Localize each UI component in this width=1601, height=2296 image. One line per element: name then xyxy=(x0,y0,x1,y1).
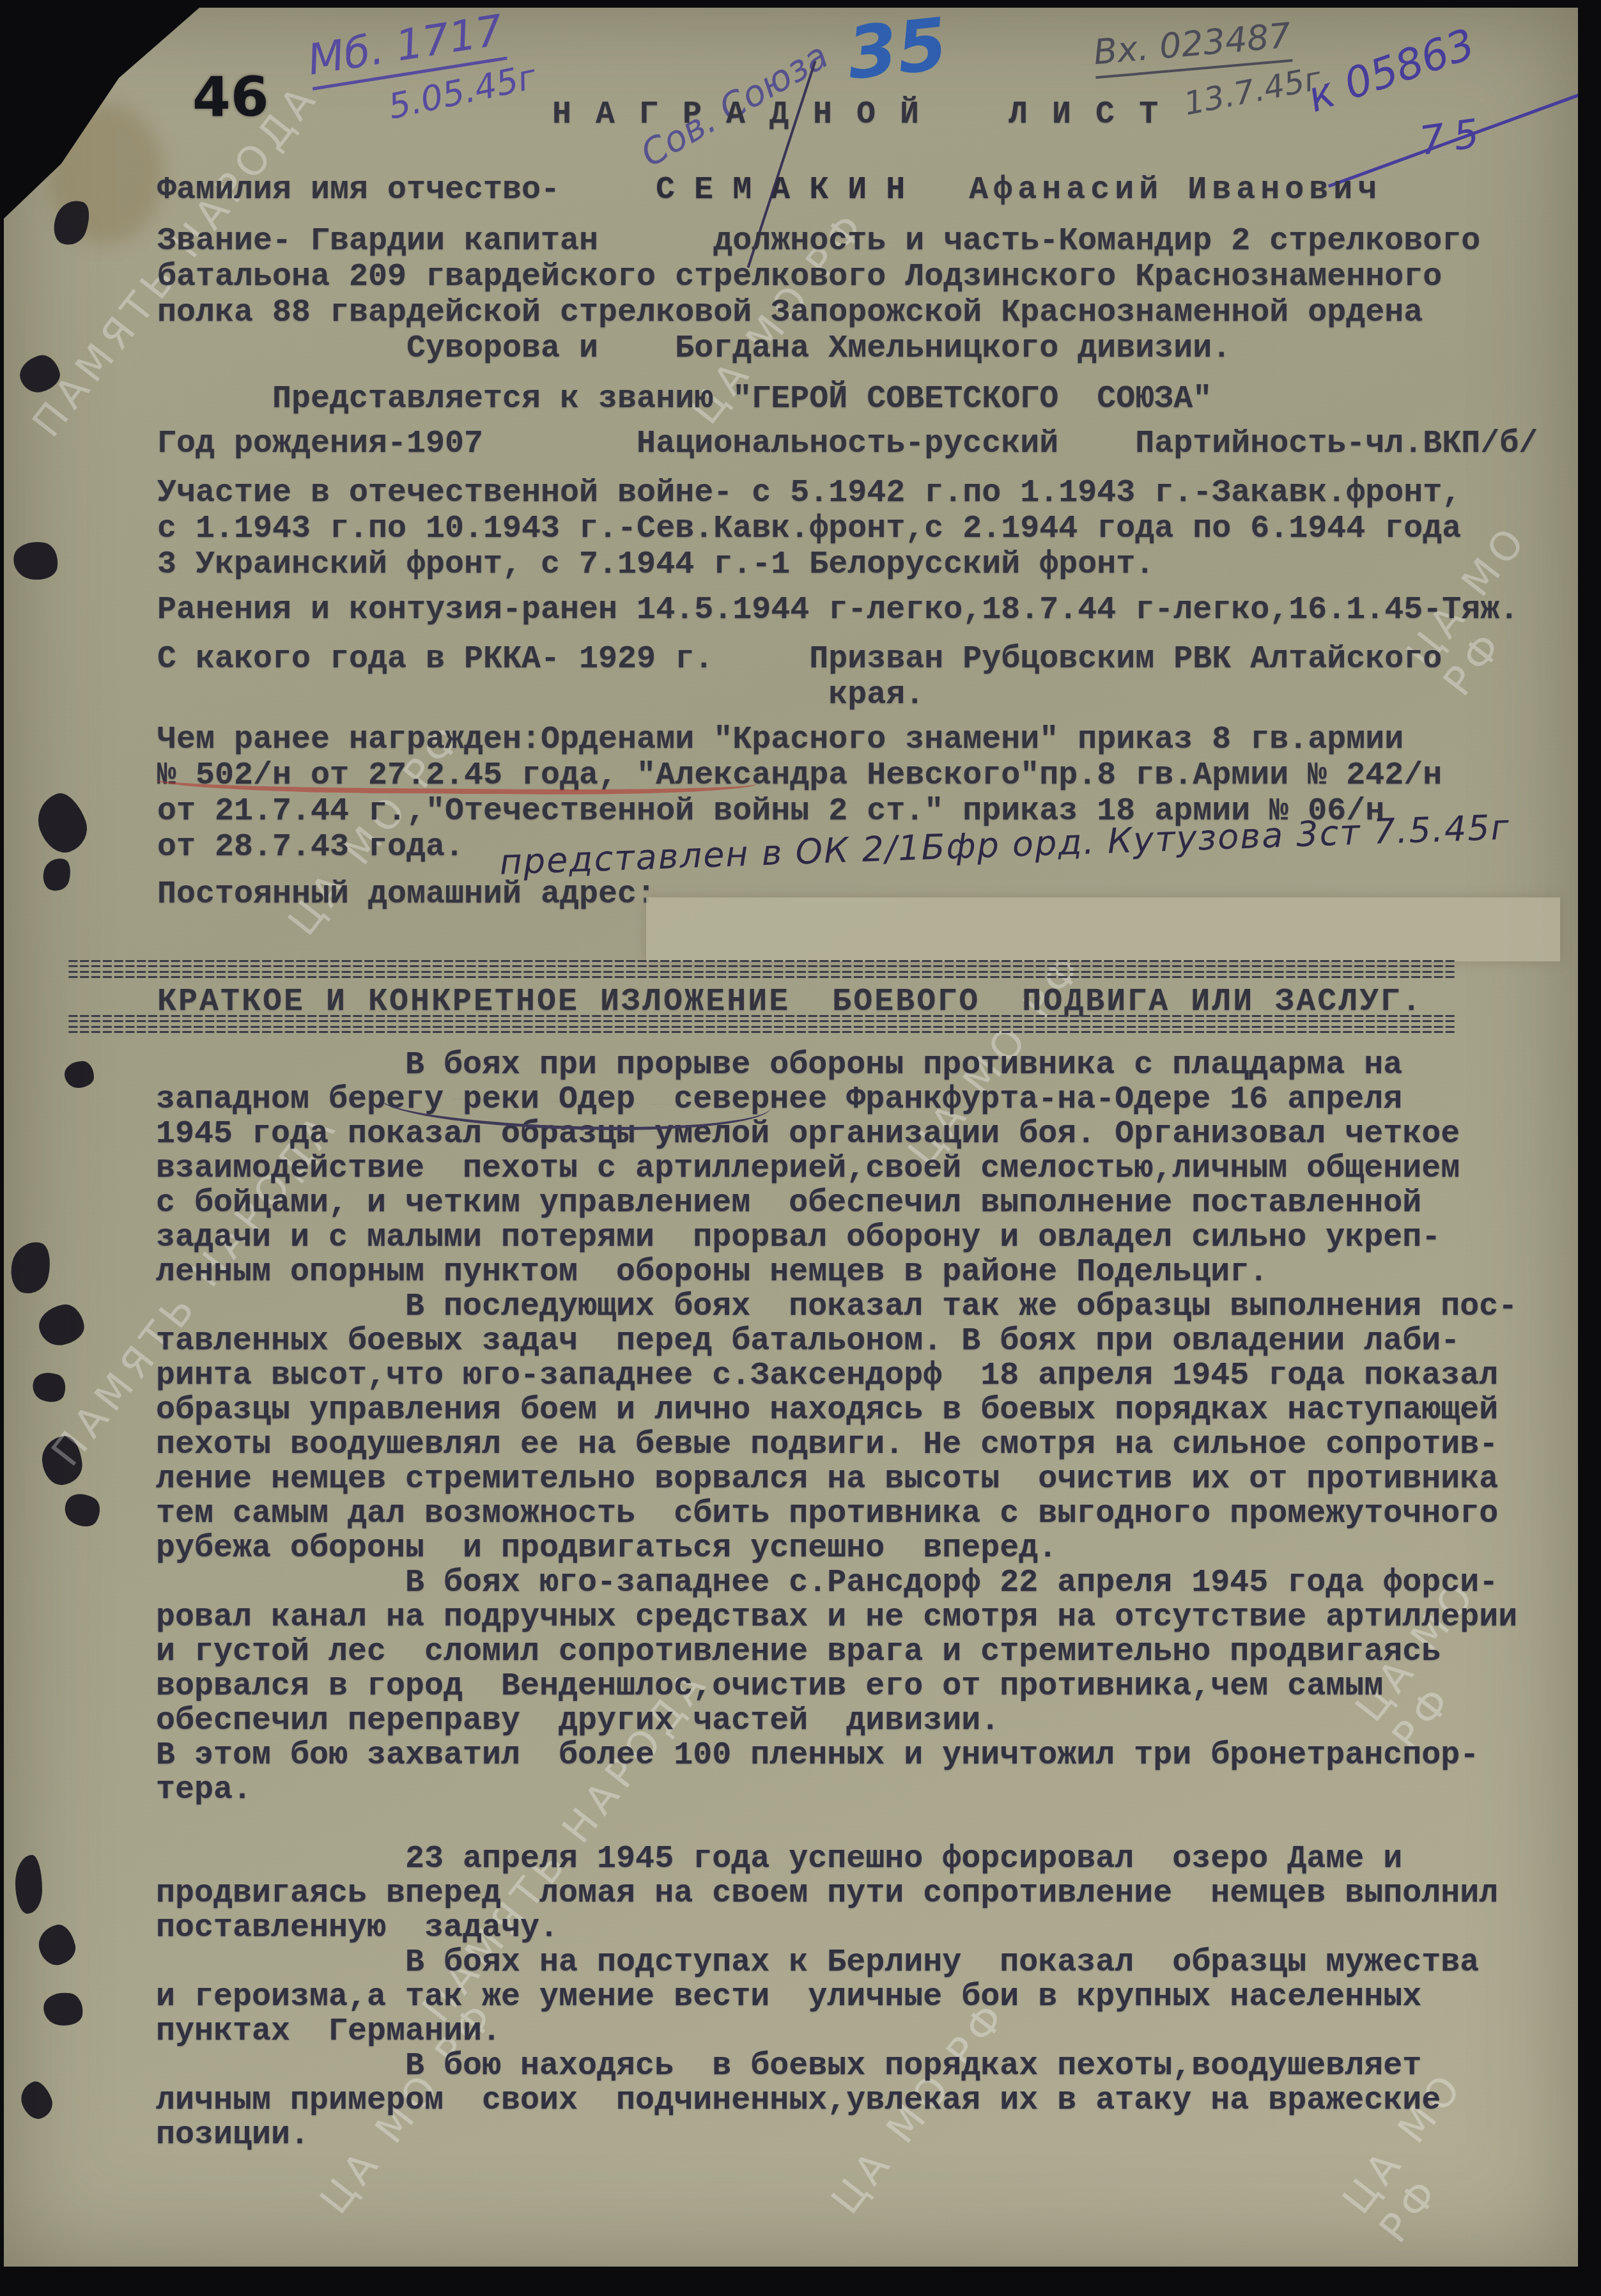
ink-blot xyxy=(10,538,61,583)
citation-body: В боях при прорыве обороны противника с … xyxy=(156,1048,1517,2153)
text-line: образцы управления боем и лично находясь… xyxy=(156,1393,1517,1428)
text-line: западном берегу реки Одер севернее Франк… xyxy=(156,1083,1517,1117)
text-line: и густой лес сломил сопротивление врага … xyxy=(156,1635,1517,1670)
text-line: ринта высот,что юго-западнее с.Заксендор… xyxy=(156,1359,1517,1393)
text-line: полка 88 гвардейской стрелковой Запорожс… xyxy=(157,295,1480,331)
field-name-row: Фамилия имя отчество-С Е М А К И НАфанас… xyxy=(157,173,1382,208)
citation-paragraph: В бою находясь в боевых порядках пехоты,… xyxy=(156,2049,1517,2153)
ink-blot xyxy=(16,2078,56,2123)
citation-paragraph: В боях при прорыве обороны противника с … xyxy=(156,1048,1517,1290)
ink-blot xyxy=(15,1855,42,1914)
text-line: В этом бою захватил более 100 пленных и … xyxy=(156,1739,1517,1773)
text-line: тем самым дал возможность сбить противни… xyxy=(156,1497,1517,1532)
field-rank-unit: Звание- Гвардии капитан должность и част… xyxy=(157,224,1480,367)
text-line: с бойцами, и четким управлением обеспечи… xyxy=(156,1186,1517,1221)
ink-blot xyxy=(59,1487,105,1532)
field-name-label: Фамилия имя отчество- xyxy=(157,172,560,208)
text-line: пунктах Германии. xyxy=(156,2015,1517,2049)
text-line: Участие в отечественной войне- с 5.1942 … xyxy=(157,476,1461,511)
ink-blot xyxy=(30,787,93,858)
ink-blot xyxy=(36,1301,87,1348)
handwritten-k-number: к 05863 xyxy=(1301,19,1481,122)
section-separator-top: ========================================… xyxy=(68,960,1563,982)
text-line: ление немцев стремительно ворвался на вы… xyxy=(156,1462,1517,1497)
separator-row: ========================================… xyxy=(68,971,1563,982)
redacted-address-area xyxy=(646,897,1560,961)
citation-paragraph: 23 апреля 1945 года успешно форсировал о… xyxy=(156,1842,1517,1946)
text-line: В боях при прорыве обороны противника с … xyxy=(156,1048,1517,1083)
text-line: В последующих боях показал так же образц… xyxy=(156,1290,1517,1324)
field-home-address-label: Постоянный домашний адрес: xyxy=(157,877,656,913)
text-line: 3 Украинский фронт, с 7.1944 г.-1 Белору… xyxy=(157,547,1461,583)
separator-row: ========================================… xyxy=(68,1026,1563,1037)
field-nominated-for: Представляется к званию "ГЕРОЙ СОВЕТСКОГ… xyxy=(157,382,1212,417)
text-line: обеспечил переправу других частей дивизи… xyxy=(156,1704,1517,1739)
text-line: рубежа обороны и продвигаться успешно вп… xyxy=(156,1532,1517,1566)
citation-paragraph: В боях на подступах к Берлину показал об… xyxy=(156,1946,1517,2049)
citation-paragraph: В этом бою захватил более 100 пленных и … xyxy=(156,1739,1517,1808)
text-line: батальона 209 гвардейского стрелкового Л… xyxy=(157,260,1480,295)
citation-paragraph: В последующих боях показал так же образц… xyxy=(156,1290,1517,1566)
text-line: В бою находясь в боевых порядках пехоты,… xyxy=(156,2049,1517,2084)
text-line: Звание- Гвардии капитан должность и част… xyxy=(157,224,1480,260)
text-line: с 1.1943 г.по 10.1943 г.-Сев.Кавк.фронт,… xyxy=(157,511,1461,547)
ink-blot xyxy=(16,352,63,396)
ink-blot xyxy=(35,1922,79,1968)
text-line: задачи и с малыми потерями прорвал оборо… xyxy=(156,1221,1517,1255)
document-title: Н А Г Р А Д Н О Й Л И С Т xyxy=(552,97,1161,133)
text-line: пехоты воодушевлял ее на бевые подвиги. … xyxy=(156,1428,1517,1462)
text-line: края. xyxy=(157,678,1442,713)
ink-blot xyxy=(42,1990,86,2028)
text-line: В боях юго-западнее с.Рансдорф 22 апреля… xyxy=(156,1566,1517,1601)
photo-backdrop: ПАМЯТЬ НАРОДА ПАМЯТЬ НАРОДА ПАМЯТЬ НАРОД… xyxy=(0,0,1601,2296)
text-line: 23 апреля 1945 года успешно форсировал о… xyxy=(156,1842,1517,1877)
section-separator-bottom: ========================================… xyxy=(68,1015,1563,1037)
field-rkka-since: С какого года в РККА- 1929 г. Призван Ру… xyxy=(157,642,1442,713)
ink-blot xyxy=(65,1061,94,1088)
field-war-participation: Участие в отечественной войне- с 5.1942 … xyxy=(157,476,1461,583)
ink-blot xyxy=(40,1434,84,1486)
text-line: В боях на подступах к Берлину показал об… xyxy=(156,1946,1517,1980)
citation-paragraph: В боях юго-западнее с.Рансдорф 22 апреля… xyxy=(156,1566,1517,1739)
text-line: ровал канал на подручных средствах и не … xyxy=(156,1601,1517,1635)
stamp-number: 46 xyxy=(192,65,269,129)
field-wounds: Ранения и контузия-ранен 14.5.1944 г-лег… xyxy=(157,593,1519,628)
text-line: личным примером своих подчиненных,увлека… xyxy=(156,2084,1517,2118)
field-birth-nationality-party: Год рождения-1907 Национальность-русский… xyxy=(157,426,1538,462)
text-line: тавленных боевых задач перед батальоном.… xyxy=(156,1324,1517,1359)
document-paper: ПАМЯТЬ НАРОДА ПАМЯТЬ НАРОДА ПАМЯТЬ НАРОД… xyxy=(4,8,1578,2267)
text-line: и героизма,а так же умение вести уличные… xyxy=(156,1980,1517,2015)
text-line: поставленную задачу. xyxy=(156,1911,1517,1946)
ink-blot xyxy=(29,1367,70,1406)
handwritten-big-number: 35 xyxy=(844,3,952,96)
text-line: Суворова и Богдана Хмельницкого дивизии. xyxy=(157,331,1480,367)
text-line: 1945 года показал образцы умелой организ… xyxy=(156,1117,1517,1152)
field-surname: С Е М А К И Н xyxy=(656,172,905,208)
text-line: С какого года в РККА- 1929 г. Призван Ру… xyxy=(157,642,1442,678)
text-line: ворвался в город Венденшлос,очистив его … xyxy=(156,1670,1517,1704)
ink-blot xyxy=(40,855,74,894)
text-line: Чем ранее награжден:Орденами "Красного з… xyxy=(157,722,1442,758)
text-line: взаимодействие пехоты с артиллерией,свое… xyxy=(156,1152,1517,1186)
handwritten-incoming-number: Вх. 023487 xyxy=(1092,15,1293,79)
text-line: тера. xyxy=(156,1773,1517,1808)
text-line: ленным опорным пунктом обороны немцев в … xyxy=(156,1255,1517,1290)
field-name-rest: Афанасий Иванович xyxy=(969,172,1382,208)
handwritten-page-number: 75 xyxy=(1416,109,1490,164)
text-line: продвигаясь вперед ломая на своем пути с… xyxy=(156,1877,1517,1911)
text-line: позиции. xyxy=(156,2118,1517,2153)
ink-blot xyxy=(6,1238,55,1298)
